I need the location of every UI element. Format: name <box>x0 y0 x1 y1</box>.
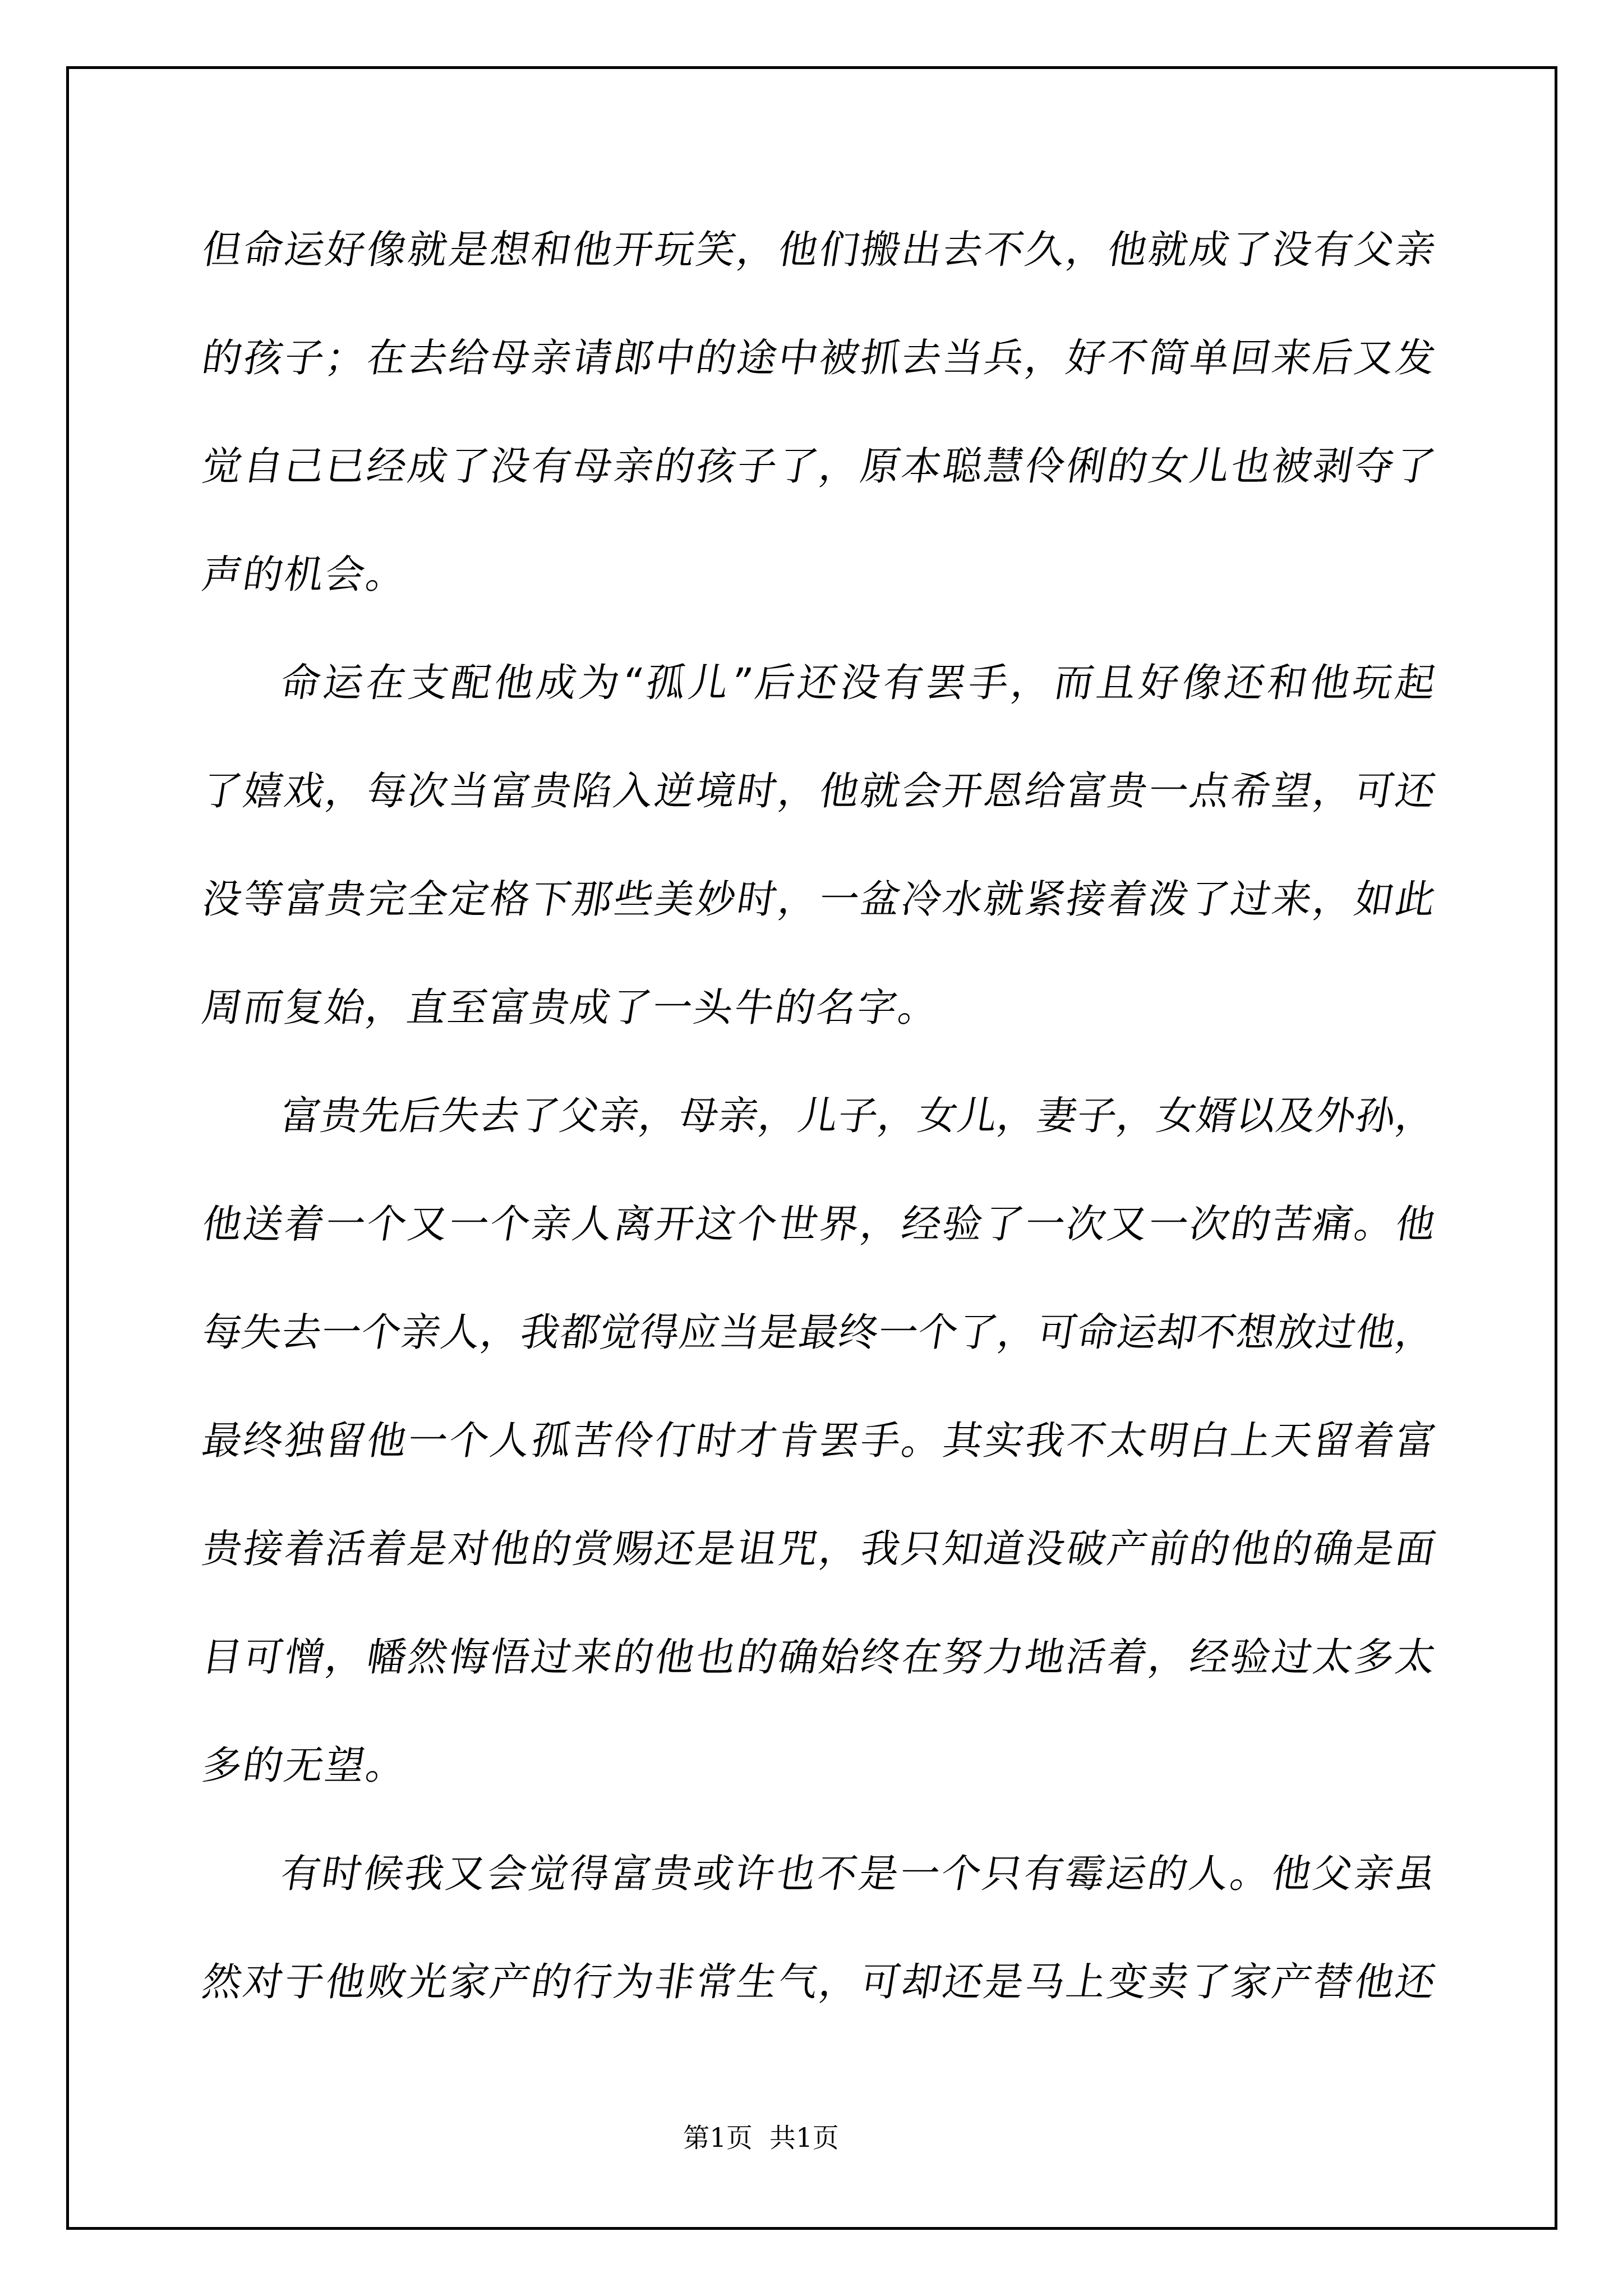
text-line: 有时候我又会觉得富贵或许也不是一个只有霉运的人。他父亲虽 <box>194 1820 1444 1928</box>
text-line: 周而复始，直至富贵成了一头牛的名字。 <box>194 954 1444 1062</box>
text-line: 声的机会。 <box>194 521 1444 629</box>
page-footer: 第1页 共1页 <box>0 2116 1522 2161</box>
text-line: 了嬉戏，每次当富贵陷入逆境时，他就会开恩给富贵一点希望，可还 <box>194 737 1444 845</box>
page-number-label: 第1页 共1页 <box>683 2123 839 2154</box>
text-line: 目可憎，幡然悔悟过来的他也的确始终在努力地活着，经验过太多太 <box>194 1603 1444 1711</box>
text-line: 贵接着活着是对他的赏赐还是诅咒，我只知道没破产前的他的确是面 <box>194 1495 1444 1603</box>
text-line: 但命运好像就是想和他开玩笑，他们搬出去不久，他就成了没有父亲 <box>194 196 1444 304</box>
text-line: 多的无望。 <box>194 1711 1444 1820</box>
text-line: 每失去一个亲人，我都觉得应当是最终一个了，可命运却不想放过他， <box>194 1278 1444 1387</box>
text-line: 觉自己已经成了没有母亲的孩子了，原本聪慧伶俐的女儿也被剥夺了 <box>194 412 1444 521</box>
text-line: 的孩子；在去给母亲请郎中的途中被抓去当兵，好不简单回来后又发 <box>194 304 1444 412</box>
text-line: 富贵先后失去了父亲，母亲，儿子，女儿，妻子，女婿以及外孙， <box>194 1062 1444 1170</box>
document-page: 但命运好像就是想和他开玩笑，他们搬出去不久，他就成了没有父亲的孩子；在去给母亲请… <box>0 0 1623 2296</box>
text-line: 没等富贵完全定格下那些美妙时，一盆冷水就紧接着泼了过来，如此 <box>194 845 1444 954</box>
text-line: 最终独留他一个人孤苦伶仃时才肯罢手。其实我不太明白上天留着富 <box>194 1387 1444 1495</box>
text-line: 然对于他败光家产的行为非常生气，可却还是马上变卖了家产替他还 <box>194 1928 1444 2036</box>
text-line: 他送着一个又一个亲人离开这个世界，经验了一次又一次的苦痛。他 <box>194 1170 1444 1278</box>
text-line: 命运在支配他成为“孤儿”后还没有罢手，而且好像还和他玩起 <box>194 629 1444 737</box>
document-body: 但命运好像就是想和他开玩笑，他们搬出去不久，他就成了没有父亲的孩子；在去给母亲请… <box>197 196 1430 2036</box>
